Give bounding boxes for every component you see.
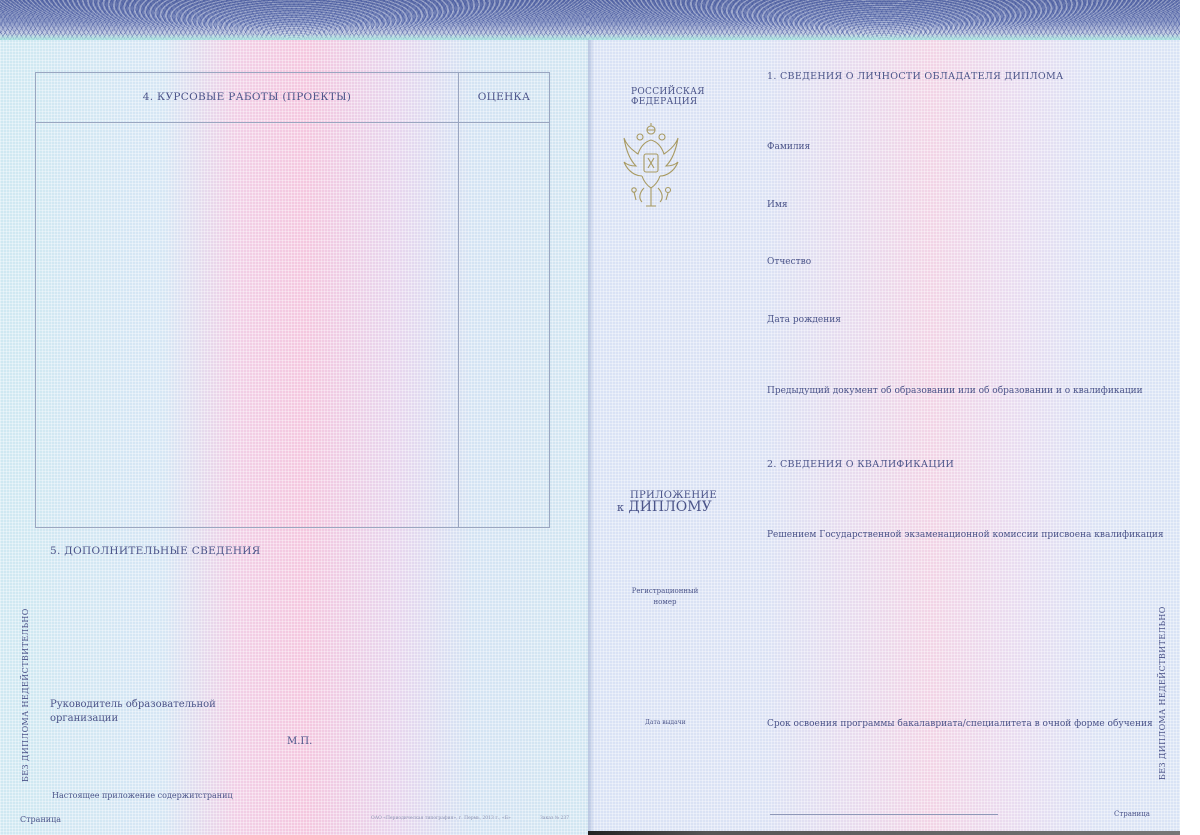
order-number: Заказ № 237 <box>540 816 569 821</box>
appendix-title: ДИПЛОМУ <box>628 499 711 515</box>
page-bottom-edge <box>588 831 1180 835</box>
head-label-line1: Руководитель образовательной <box>50 699 216 710</box>
section1-heading: 1. СВЕДЕНИЯ О ЛИЧНОСТИ ОБЛАДАТЕЛЯ ДИПЛОМ… <box>767 71 1063 82</box>
previous-document-label: Предыдущий документ об образовании или о… <box>767 386 1143 396</box>
name-label: Имя <box>767 200 788 210</box>
coat-of-arms-icon <box>622 120 680 215</box>
pages-count-label: Настоящее приложение содержит <box>52 791 199 800</box>
course-works-header: 4. КУРСОВЫЕ РАБОТЫ (ПРОЕКТЫ) <box>36 91 458 103</box>
section2-heading: 2. СВЕДЕНИЯ О КВАЛИФИКАЦИИ <box>767 459 954 470</box>
course-works-table: 4. КУРСОВЫЕ РАБОТЫ (ПРОЕКТЫ) ОЦЕНКА <box>35 72 550 528</box>
pages-suffix: страниц <box>198 791 233 800</box>
page-fold-shadow <box>588 40 594 835</box>
vertical-validity-note: БЕЗ ДИПЛОМА НЕДЕЙСТВИТЕЛЬНО <box>21 608 30 782</box>
reg-number-line1: Регистрационный <box>630 587 700 595</box>
reg-number-line2: номер <box>630 598 700 606</box>
grade-header: ОЦЕНКА <box>459 91 549 103</box>
qualification-label: Решением Государственной экзаменационной… <box>767 530 1164 540</box>
left-page: 4. КУРСОВЫЕ РАБОТЫ (ПРОЕКТЫ) ОЦЕНКА 5. Д… <box>0 0 588 835</box>
guilloche-border <box>0 0 588 40</box>
study-period-label: Срок освоения программы бакалавриата/спе… <box>767 719 1153 729</box>
patronymic-label: Отчество <box>767 257 811 267</box>
appendix-line2: к ДИПЛОМУ <box>617 499 707 515</box>
additional-info-heading: 5. ДОПОЛНИТЕЛЬНЫЕ СВЕДЕНИЯ <box>50 545 261 557</box>
guilloche-border <box>588 0 1180 40</box>
birth-date-label: Дата рождения <box>767 315 841 325</box>
signature-line <box>770 814 998 815</box>
table-column-divider <box>458 73 459 527</box>
vertical-validity-note-right: БЕЗ ДИПЛОМА НЕДЕЙСТВИТЕЛЬНО <box>1158 606 1167 780</box>
issue-date-label: Дата выдачи <box>645 719 686 726</box>
appendix-prefix: к <box>617 501 624 514</box>
country-line1: РОССИЙСКАЯ <box>631 87 691 97</box>
head-label-line2: организации <box>50 713 118 724</box>
surname-label: Фамилия <box>767 142 810 152</box>
page-label: Страница <box>20 815 61 824</box>
seal-label: М.П. <box>287 736 312 747</box>
page-label-right: Страница <box>1114 810 1150 818</box>
country-line2: ФЕДЕРАЦИЯ <box>631 97 691 107</box>
printer-imprint: ОАО «Периодическая типография», г. Пермь… <box>371 816 511 821</box>
